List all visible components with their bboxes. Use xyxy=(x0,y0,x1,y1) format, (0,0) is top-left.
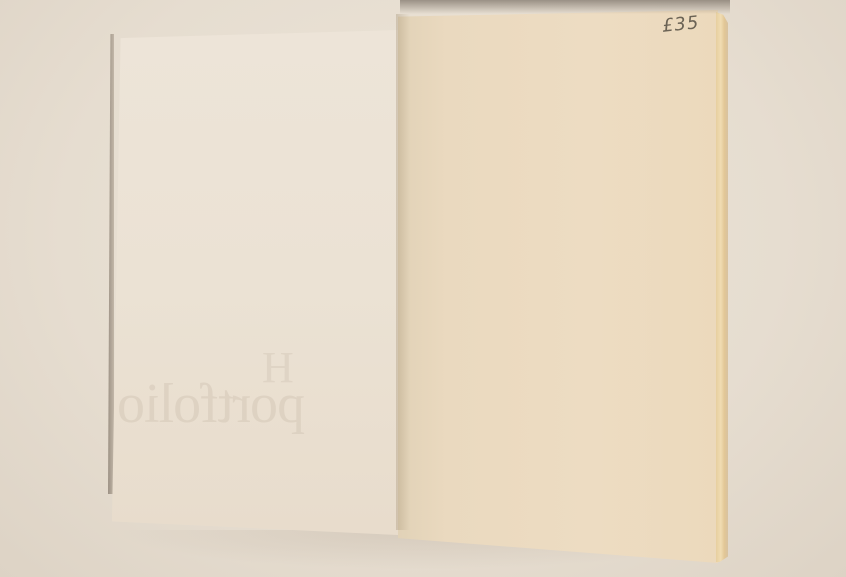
book-cover-edge xyxy=(108,34,114,494)
top-edge-shadow xyxy=(400,0,730,14)
spine-gutter xyxy=(396,14,410,530)
left-page xyxy=(112,30,398,535)
show-through-fragment: H xyxy=(262,342,294,393)
photo-scene: H portfolio £35 xyxy=(0,0,846,577)
right-page xyxy=(398,10,718,563)
page-fore-edge xyxy=(716,12,728,562)
handwritten-price: £35 xyxy=(661,12,700,37)
